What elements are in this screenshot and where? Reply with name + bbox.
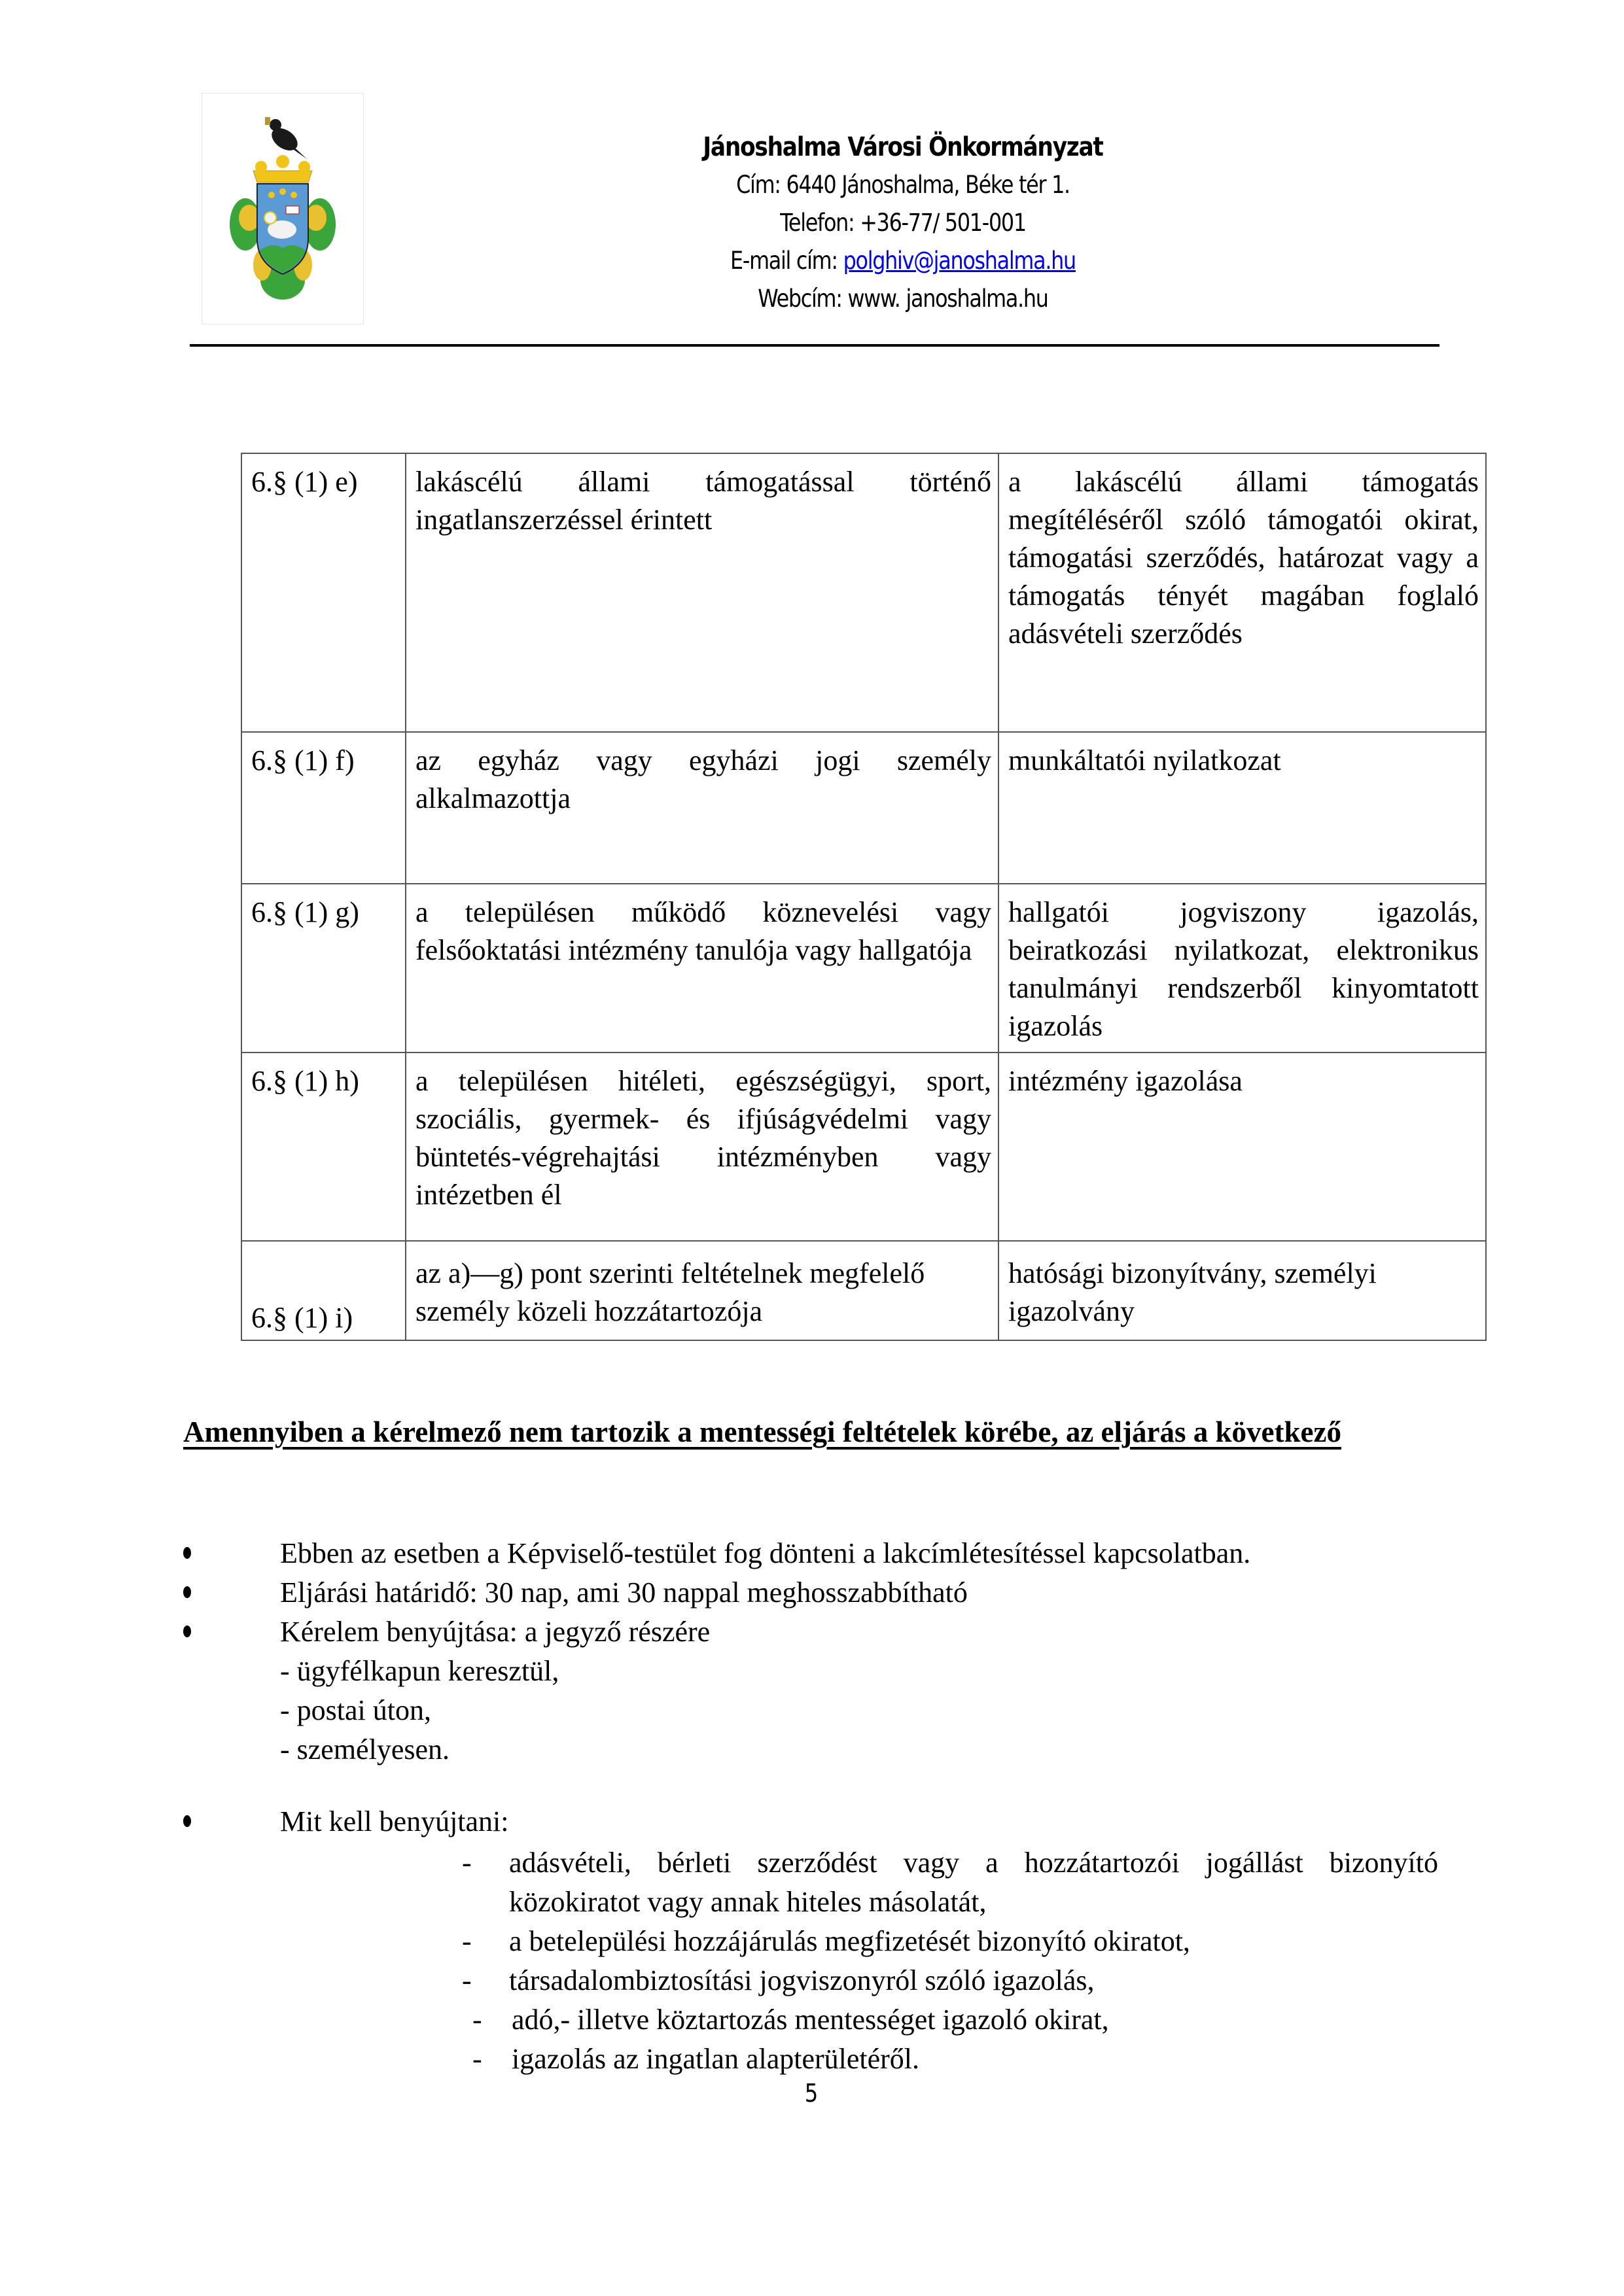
required-item: adásvételi, bérleti szerződést vagy a ho… bbox=[509, 1843, 1438, 1922]
condition-cell: a településen működő köznevelési vagy fe… bbox=[406, 884, 998, 1052]
dash-marker: - bbox=[472, 2040, 482, 2079]
dash-marker: - bbox=[462, 1843, 472, 1883]
condition-cell: lakáscélú állami támogatással történő in… bbox=[406, 453, 998, 732]
email-line: E-mail cím: polghiv@janoshalma.hu bbox=[442, 242, 1364, 280]
required-item: a betelepülési hozzájárulás megfizetését… bbox=[509, 1922, 1190, 1961]
condition-cell: a településen hitéleti, egészségügyi, sp… bbox=[406, 1052, 998, 1241]
email-label: E-mail cím: bbox=[730, 247, 843, 275]
condition-cell: az a)—g) pont szerinti feltételnek megfe… bbox=[406, 1241, 998, 1340]
table-row: 6.§ (1) e) lakáscélú állami támogatással… bbox=[241, 453, 1486, 732]
required-item: igazolás az ingatlan alapterületéről. bbox=[512, 2040, 919, 2079]
bullet-text: Ebben az esetben a Képviselő-testület fo… bbox=[280, 1534, 1250, 1573]
phone: Telefon: +36-77/ 501-001 bbox=[442, 204, 1364, 242]
procedure-heading: Amennyiben a kérelmező nem tartozik a me… bbox=[183, 1413, 1439, 1451]
header-divider bbox=[190, 344, 1439, 347]
submission-method: - személyesen. bbox=[280, 1730, 450, 1769]
paragraph-ref: 6.§ (1) i) bbox=[241, 1241, 406, 1340]
bullet-icon bbox=[183, 1547, 191, 1559]
table-row: 6.§ (1) g) a településen működő köznevel… bbox=[241, 884, 1486, 1052]
dash-marker: - bbox=[472, 2000, 482, 2040]
dash-marker: - bbox=[462, 1922, 472, 1961]
website: Webcím: www. janoshalma.hu bbox=[442, 280, 1364, 318]
document-cell: a lakáscélú állami támogatás megítélésér… bbox=[998, 453, 1486, 732]
paragraph-ref: 6.§ (1) h) bbox=[241, 1052, 406, 1241]
required-item: társadalombiztosítási jogviszonyról szól… bbox=[509, 1961, 1094, 2000]
table-row: 6.§ (1) i) az a)—g) pont szerinti feltét… bbox=[241, 1241, 1486, 1340]
coat-of-arms-logo bbox=[202, 93, 364, 324]
dash-marker: - bbox=[462, 1961, 472, 2000]
page-number: 5 bbox=[800, 2079, 822, 2108]
document-cell: munkáltatói nyilatkozat bbox=[998, 732, 1486, 884]
bullet-text: Mit kell benyújtani: bbox=[280, 1802, 509, 1841]
document-cell: hatósági bizonyítvány, személyi igazolvá… bbox=[998, 1241, 1486, 1340]
submission-method: - postai úton, bbox=[280, 1691, 431, 1730]
bullet-icon bbox=[183, 1586, 191, 1598]
required-item: adó,- illetve köztartozás mentességet ig… bbox=[512, 2000, 1109, 2040]
bullet-text: Kérelem benyújtása: a jegyző részére bbox=[280, 1612, 710, 1652]
table-row: 6.§ (1) h) a településen hitéleti, egész… bbox=[241, 1052, 1486, 1241]
table-row: 6.§ (1) f) az egyház vagy egyházi jogi s… bbox=[241, 732, 1486, 884]
bullet-text: Eljárási határidő: 30 nap, ami 30 nappal… bbox=[280, 1573, 968, 1612]
submission-method: - ügyfélkapun keresztül, bbox=[280, 1652, 559, 1691]
coat-of-arms-icon bbox=[202, 94, 363, 324]
bullet-icon bbox=[183, 1626, 191, 1637]
paragraph-ref: 6.§ (1) e) bbox=[241, 453, 406, 732]
bullet-icon bbox=[183, 1815, 191, 1827]
condition-cell: az egyház vagy egyházi jogi személy alka… bbox=[406, 732, 998, 884]
email-link[interactable]: polghiv@janoshalma.hu bbox=[843, 247, 1076, 275]
organization-name: Jánoshalma Városi Önkormányzat bbox=[442, 128, 1364, 166]
paragraph-ref: 6.§ (1) f) bbox=[241, 732, 406, 884]
letterhead: Jánoshalma Városi Önkormányzat Cím: 6440… bbox=[366, 128, 1439, 318]
paragraph-ref: 6.§ (1) g) bbox=[241, 884, 406, 1052]
document-cell: intézmény igazolása bbox=[998, 1052, 1486, 1241]
exemption-documents-table: 6.§ (1) e) lakáscélú állami támogatással… bbox=[241, 453, 1487, 1341]
address: Cím: 6440 Jánoshalma, Béke tér 1. bbox=[442, 166, 1364, 204]
document-cell: hallgatói jogviszony igazolás, beiratkoz… bbox=[998, 884, 1486, 1052]
